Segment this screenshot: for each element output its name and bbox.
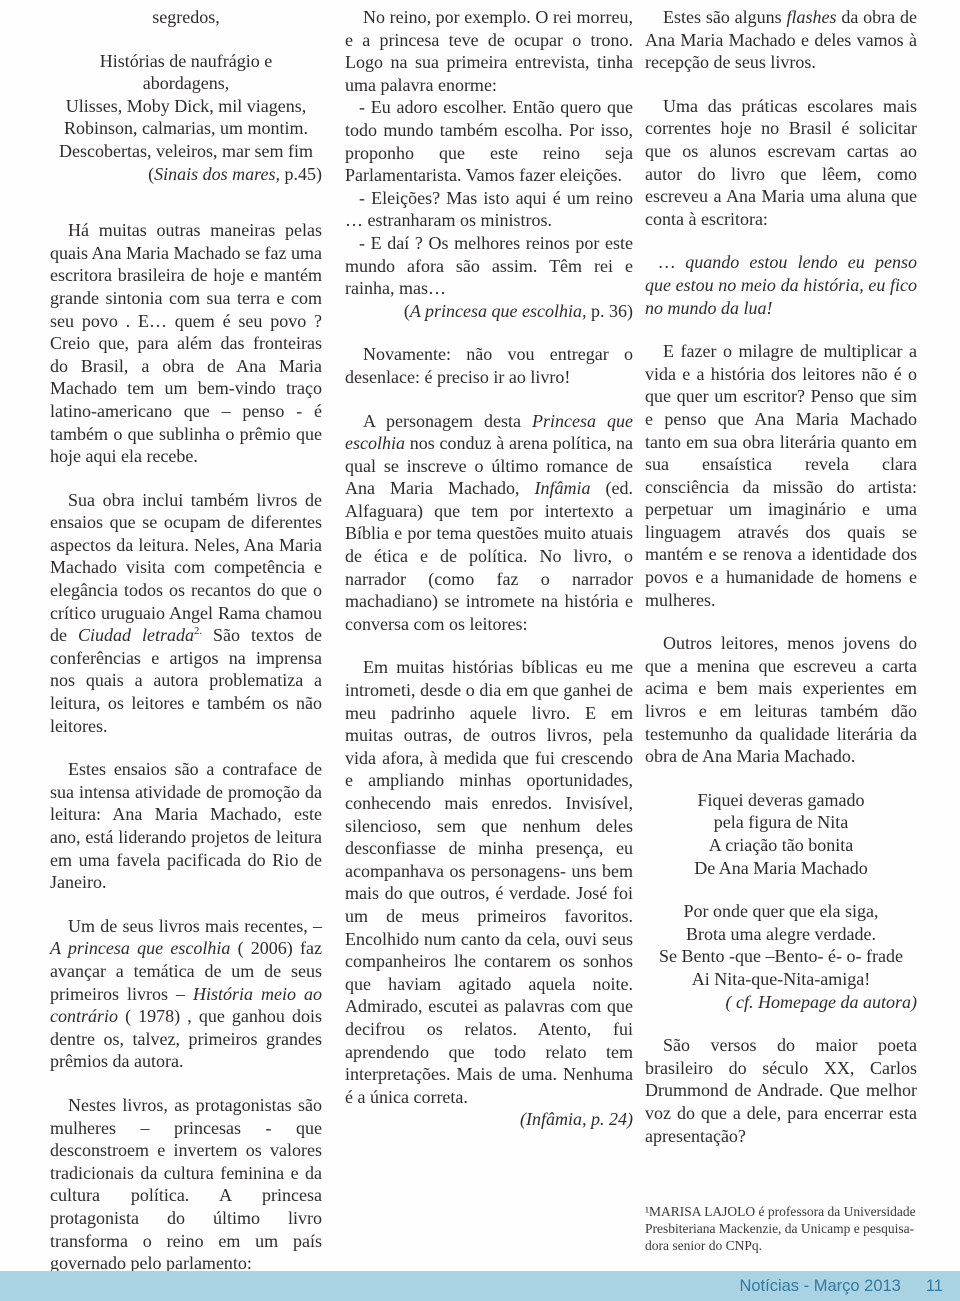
text-run: ¹MARISA LAJOLO é professora da Universid… <box>645 1204 916 1219</box>
text-run: abordagens, <box>143 73 229 93</box>
text-run: - Eleições? Mas isto aqui é um reino … e… <box>345 188 633 231</box>
footer-issue-label: Notícias - Março 2013 <box>739 1277 900 1296</box>
verse-line: Histórias de naufrágio e <box>50 50 322 73</box>
text-run: - Eu adoro escolher. Então quero que tod… <box>345 97 633 185</box>
footer-page-number: 11 <box>926 1277 943 1296</box>
text-run: Descobertas, veleiros, mar sem fim <box>59 141 313 161</box>
text-run: Histórias de naufrágio e <box>100 51 272 71</box>
text-run: No reino, por exemplo. O rei morreu, e a… <box>345 7 633 95</box>
verse-line: Descobertas, veleiros, mar sem fim <box>50 140 322 163</box>
text-run: Ai Nita-que-Nita-amiga! <box>692 969 870 989</box>
text-run: Por onde quer que ela siga, <box>684 901 879 921</box>
footnote-line: dora senior do CNPq. <box>645 1237 917 1254</box>
paragraph: No reino, por exemplo. O rei morreu, e a… <box>345 6 633 96</box>
text-run: Presbiteriana Mackenzie, da Unicamp e pe… <box>645 1221 914 1236</box>
text-run: p.45) <box>280 164 322 184</box>
text-run: Nestes livros, as protagonistas são mulh… <box>50 1095 322 1273</box>
poem-stanza: segredos, <box>50 6 322 29</box>
poem-stanza: Fiquei deveras gamadopela figura de Nita… <box>645 789 917 879</box>
quote-attribution: (Infâmia, p. 24) <box>345 1108 633 1131</box>
paragraph: Nestes livros, as protagonistas são mulh… <box>50 1094 322 1275</box>
text-run: - E daí ? Os melhores reinos por este mu… <box>345 233 633 298</box>
text-run: pela figura de Nita <box>714 812 848 832</box>
verse-line: Ulisses, Moby Dick, mil viagens, <box>50 95 322 118</box>
column-3: Estes são alguns flashes da obra de Ana … <box>645 6 917 1301</box>
verse-line: Brota uma alegre verdade. <box>645 923 917 946</box>
text-run: E fazer o milagre de multiplicar a vida … <box>645 341 917 610</box>
reader-letter-quote: … quando estou lendo eu penso que estou … <box>645 251 917 319</box>
poem-stanza: Histórias de naufrágio eabordagens,Uliss… <box>50 50 322 163</box>
document-page: segredos,Histórias de naufrágio eabordag… <box>0 0 960 1301</box>
text-run: Estes ensaios são a contraface de sua in… <box>50 759 322 892</box>
text-run: (ed. Alfaguara) que tem por intertexto a… <box>345 478 633 634</box>
dialogue-line: - Eu adoro escolher. Então quero que tod… <box>345 96 633 186</box>
italic-text: Sinais dos mares, <box>154 164 280 184</box>
paragraph: E fazer o milagre de multiplicar a vida … <box>645 340 917 611</box>
italic-text: Ciudad letrada <box>78 625 194 645</box>
paragraph: Estes ensaios são a contraface de sua in… <box>50 758 322 894</box>
italic-text: A princesa que escolhia <box>50 938 230 958</box>
text-run: A personagem desta <box>363 411 532 431</box>
article-columns: segredos,Histórias de naufrágio eabordag… <box>50 6 917 1301</box>
verse-line: De Ana Maria Machado <box>645 857 917 880</box>
text-run: segredos, <box>152 7 219 27</box>
text-run: Há muitas outras maneiras pelas quais An… <box>50 220 322 466</box>
footnote-line: ¹MARISA LAJOLO é professora da Universid… <box>645 1203 917 1220</box>
column-2: No reino, por exemplo. O rei morreu, e a… <box>345 6 633 1301</box>
text-run: p. 36) <box>587 301 634 321</box>
poem-stanza: Por onde quer que ela siga,Brota uma ale… <box>645 900 917 990</box>
text-run: Ulisses, Moby Dick, mil viagens, <box>66 96 307 116</box>
text-run: Brota uma alegre verdade. <box>686 924 876 944</box>
text-run: De Ana Maria Machado <box>694 858 867 878</box>
quote-attribution: (A princesa que escolhia, p. 36) <box>345 300 633 323</box>
column-1: segredos,Histórias de naufrágio eabordag… <box>50 6 322 1301</box>
paragraph: Há muitas outras maneiras pelas quais An… <box>50 219 322 468</box>
italic-text: Infâmia <box>535 478 591 498</box>
text-run: Novamente: não vou entregar o desenlace:… <box>345 344 633 387</box>
italic-text: (Infâmia, p. 24) <box>520 1109 633 1129</box>
text-run: Em muitas histórias bíblicas eu me intro… <box>345 657 633 1106</box>
verse-line: Robinson, calmarias, um montim. <box>50 117 322 140</box>
paragraph: Em muitas histórias bíblicas eu me intro… <box>345 656 633 1108</box>
text-run: São versos do maior poeta brasileiro do … <box>645 1035 917 1145</box>
verse-line: Ai Nita-que-Nita-amiga! <box>645 968 917 991</box>
text-run: Fiquei deveras gamado <box>698 790 865 810</box>
paragraph: Uma das práticas escolares mais corrente… <box>645 95 917 231</box>
italic-text: … quando estou lendo eu penso que estou … <box>645 252 917 317</box>
paragraph: Sua obra inclui também livros de ensaios… <box>50 489 322 738</box>
footnote: ¹MARISA LAJOLO é professora da Universid… <box>645 1203 917 1254</box>
text-run: dora senior do CNPq. <box>645 1238 762 1253</box>
text-run: A criação tão bonita <box>709 835 853 855</box>
paragraph: Outros leitores, menos jovens do que a m… <box>645 632 917 768</box>
paragraph: A personagem desta Princesa que escolhia… <box>345 410 633 636</box>
verse-line: Se Bento -que –Bento- é- o- frade <box>645 945 917 968</box>
dialogue-line: - E daí ? Os melhores reinos por este mu… <box>345 232 633 300</box>
text-run: Um de seus livros mais recentes, – <box>68 916 322 936</box>
quote-attribution: (Sinais dos mares, p.45) <box>50 163 322 186</box>
paragraph: São versos do maior poeta brasileiro do … <box>645 1034 917 1147</box>
italic-text: A princesa que escolhia, <box>410 301 587 321</box>
quote-attribution: ( cf. Homepage da autora) <box>645 991 917 1014</box>
verse-line: segredos, <box>50 6 322 29</box>
italic-text: ( cf. Homepage da autora) <box>726 992 917 1012</box>
paragraph: Novamente: não vou entregar o desenlace:… <box>345 343 633 388</box>
footnote-line: Presbiteriana Mackenzie, da Unicamp e pe… <box>645 1220 917 1237</box>
verse-line: Por onde quer que ela siga, <box>645 900 917 923</box>
verse-line: abordagens, <box>50 72 322 95</box>
italic-text: flashes <box>787 7 837 27</box>
text-run: Robinson, calmarias, um montim. <box>64 118 308 138</box>
superscript-ref: 2. <box>194 625 202 637</box>
footer-bar: Notícias - Março 2013 11 <box>0 1271 960 1301</box>
verse-line: Fiquei deveras gamado <box>645 789 917 812</box>
verse-line: A criação tão bonita <box>645 834 917 857</box>
paragraph: Um de seus livros mais recentes, – A pri… <box>50 915 322 1073</box>
text-run: Estes são alguns <box>663 7 787 27</box>
dialogue-line: - Eleições? Mas isto aqui é um reino … e… <box>345 187 633 232</box>
text-run: Uma das práticas escolares mais corrente… <box>645 96 917 229</box>
paragraph: Estes são alguns flashes da obra de Ana … <box>645 6 917 74</box>
text-run: Sua obra inclui também livros de ensaios… <box>50 490 322 646</box>
text-run: Outros leitores, menos jovens do que a m… <box>645 633 917 766</box>
verse-line: pela figura de Nita <box>645 811 917 834</box>
text-run: Se Bento -que –Bento- é- o- frade <box>659 946 903 966</box>
